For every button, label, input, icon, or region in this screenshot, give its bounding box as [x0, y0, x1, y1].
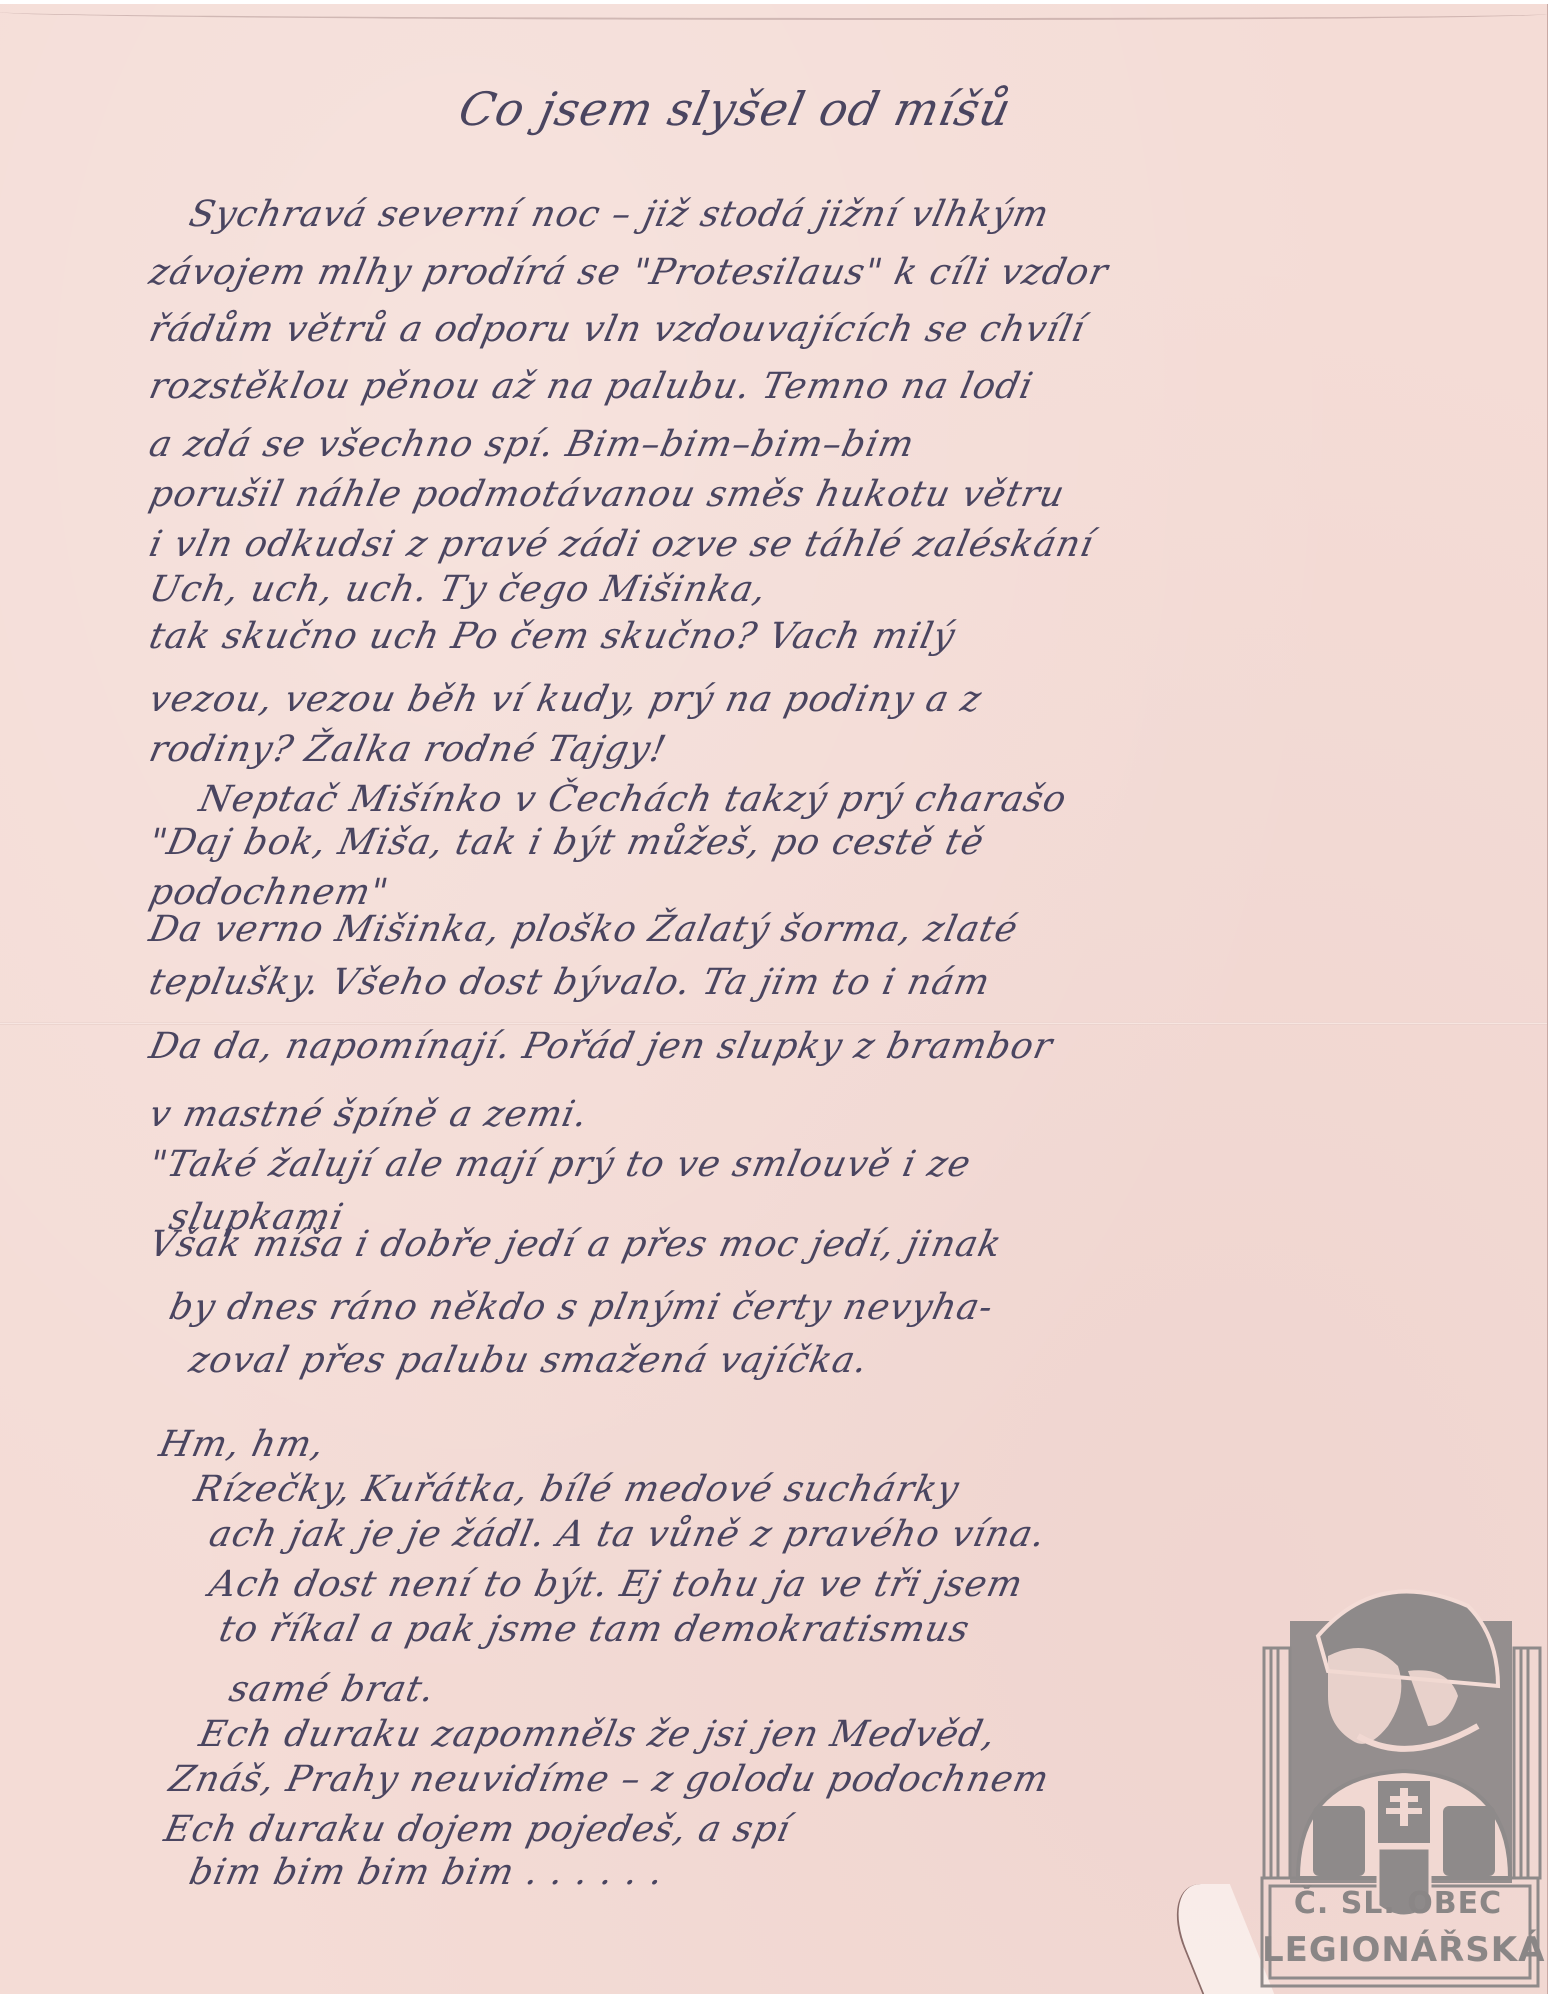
- text-line: Znáš, Prahy neuvidíme – z golodu podochn…: [166, 1759, 1053, 1800]
- emblem-text-line-1: Č. SL. OBEC: [1262, 1886, 1534, 1921]
- text-line: Ech duraku zapomněls že jsi jen Medvěd,: [196, 1714, 1000, 1755]
- text-line: porušil náhle podmotávanou směs hukotu v…: [146, 474, 1069, 515]
- letter-paper: Co jsem slyšel od míšů Sychravá severní …: [0, 4, 1548, 1994]
- text-line: Neptač Mišínko v Čechách takzý prý chara…: [196, 779, 1071, 820]
- emblem-text-line-2: LEGIONÁŘSKÁ: [1262, 1930, 1534, 1970]
- text-line: rozstěklou pěnou až na palubu. Temno na …: [146, 366, 1037, 407]
- text-line: zoval přes palubu smažená vajíčka.: [186, 1340, 872, 1381]
- text-line: rodiny? Žalka rodné Tajgy!: [146, 729, 671, 770]
- text-line: Uch, uch, uch. Ty čego Mišinka,: [146, 569, 771, 610]
- text-line: Rízečky, Kuřátka, bílé medové suchárky: [191, 1469, 964, 1510]
- text-line: to říkal a pak jsme tam demokratismus: [216, 1609, 974, 1650]
- text-line: podochnem": [146, 872, 393, 913]
- text-line: by dnes ráno někdo s plnými čerty nevyha…: [166, 1287, 997, 1328]
- text-line: Však míša i dobře jedí a přes moc jedí, …: [146, 1224, 1006, 1265]
- letter-title: Co jsem slyšel od míšů: [454, 82, 1016, 136]
- legion-emblem-watermark: Č. SL. OBEC LEGIONÁŘSKÁ: [1258, 1576, 1550, 1996]
- text-line: Da da, napomínají. Pořád jen slupky z br…: [146, 1026, 1057, 1067]
- text-line: teplušky. Všeho dost bývalo. Ta jim to i…: [146, 962, 994, 1003]
- text-line: samé brat.: [226, 1669, 439, 1710]
- text-line: Ech duraku dojem pojedeš, a spí: [161, 1809, 795, 1850]
- text-line: a zdá se všechno spí. Bim–bim–bim–bim: [146, 424, 919, 465]
- text-line: bim bim bim bim . . . . . .: [186, 1852, 668, 1893]
- text-line: Ach dost není to být. Ej tohu ja ve tři …: [206, 1564, 1027, 1605]
- text-line: tak skučno uch Po čem skučno? Vach milý: [146, 616, 959, 657]
- text-line: ach jak je je žádl. A ta vůně z pravého …: [206, 1514, 1050, 1555]
- text-line: Da verno Mišinka, ploško Žalatý šorma, z…: [146, 909, 1022, 950]
- text-line: vezou, vezou běh ví kudy, prý na podiny …: [146, 679, 986, 720]
- text-line: Hm, hm,: [156, 1424, 329, 1465]
- text-line: Sychravá severní noc – již stodá jižní v…: [186, 194, 1053, 235]
- text-line: řádům větrů a odporu vln vzdouvajících s…: [146, 309, 1089, 350]
- text-line: závojem mlhy prodírá se "Protesilaus" k …: [146, 252, 1112, 293]
- text-line: v mastné špíně a zemi.: [146, 1094, 592, 1135]
- text-line: "Daj bok, Miša, tak i být můžeš, po cest…: [146, 822, 988, 863]
- text-line: i vln odkudsi z pravé zádi ozve se táhlé…: [146, 524, 1098, 565]
- text-line: "Také žalují ale mají prý to ve smlouvě …: [146, 1144, 975, 1185]
